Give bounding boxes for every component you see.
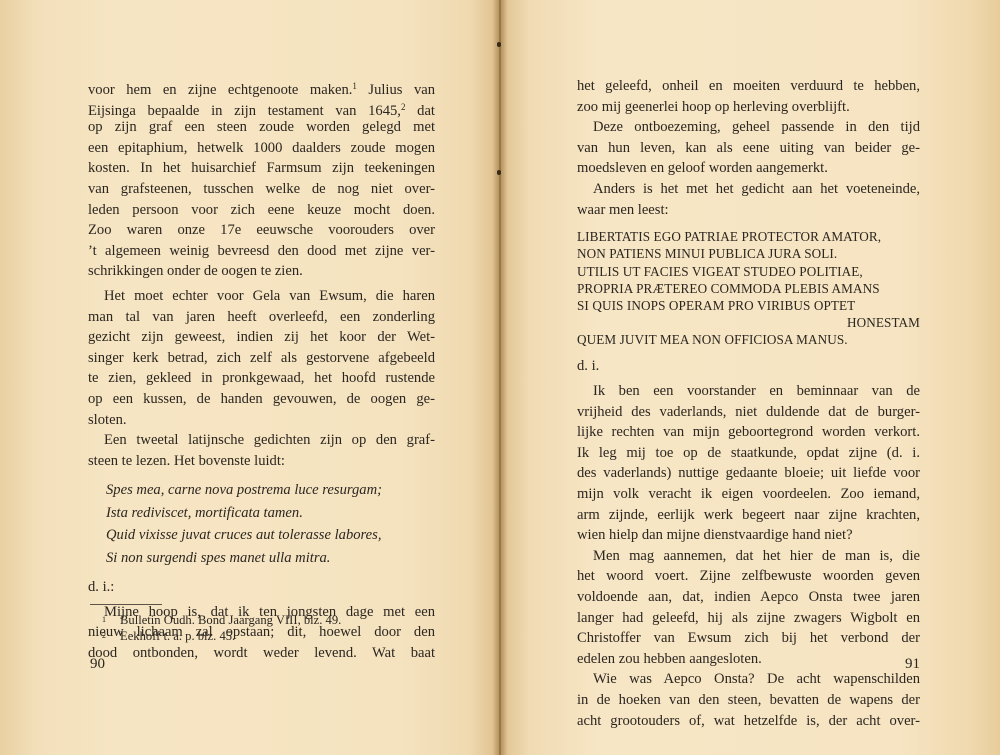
text-line: Het moet echter voor Gela van Ewsum, die… — [88, 286, 435, 307]
left-body-text: voor hem en zijne echtgenoote maken.1 Ju… — [88, 76, 435, 664]
text-line: moedsleven en geloof worden aangemerkt. — [577, 158, 920, 179]
text-line: des vaderlands) nuttige gedaante bloeie;… — [577, 463, 920, 484]
footnotes: 1Bulletin Oudh. Bond Jaargang VIII, blz.… — [88, 612, 435, 644]
footnote-ref[interactable]: 1 — [352, 81, 357, 91]
footnote-ref[interactable]: 2 — [401, 102, 406, 112]
text-line: zoo mij geenerlei hoop op herleving over… — [577, 97, 920, 118]
text-line: wien hielp dan mijne dienstvaardige hand… — [577, 525, 920, 546]
di-label: d. i.: — [88, 577, 435, 598]
verse-line: Ista rediviscet, mortificata tamen. — [88, 502, 435, 525]
binding-stitch — [497, 170, 501, 175]
inscription-line: QUEM JUVIT MEA NON OFFICIOSA MANUS. — [577, 331, 920, 348]
binding-stitch — [497, 42, 501, 47]
text-line: voldoende aan, dat, indien Aepco Onsta t… — [577, 587, 920, 608]
text-line: van hun leven, kan als eene uiting van b… — [577, 138, 920, 159]
text-line: sloten. — [88, 410, 435, 431]
text-line: waar men leest: — [577, 200, 920, 221]
inscription-line: NON PATIENS MINUI PUBLICA JURA SOLI. — [577, 245, 920, 262]
text-line: arm zijnde, eerlijk werk begeert naar zi… — [577, 505, 920, 526]
book-spread: voor hem en zijne echtgenoote maken.1 Ju… — [0, 0, 1000, 755]
text-line: dood ontbonden, wordt weder levend. Wat … — [88, 643, 435, 664]
page-number: 91 — [905, 656, 920, 673]
text-line: lijke rechten van mijn geboortegrond wor… — [577, 422, 920, 443]
text-line: kosten. In het huisarchief Farmsum zijn … — [88, 158, 435, 179]
inscription-line: SI QUIS INOPS OPERAM PRO VIRIBUS OPTET — [577, 297, 920, 314]
text-line: leden persoon voor zich eene keuze mocht… — [88, 200, 435, 221]
text-line: vrijheid des vaderlands, niet duldende d… — [577, 402, 920, 423]
right-page: het geleefd, onheil en moeiten verduurd … — [577, 0, 920, 755]
page-number: 90 — [90, 656, 105, 673]
text-line: te zien, gekleed in pronkgewaad, het hoo… — [88, 368, 435, 389]
text-line: Christoffer van Ewsum zich bij het verbo… — [577, 628, 920, 649]
text-line: van grafsteenen, tusschen welke de nog n… — [88, 179, 435, 200]
di-label: d. i. — [577, 356, 920, 377]
text-line: Eijsinga bepaalde in zijn testament van … — [88, 97, 435, 118]
text-line: Ik ben een voorstander en beminnaar van … — [577, 381, 920, 402]
text-line: op zijn graf een steen zoude worden gele… — [88, 117, 435, 138]
verse-line: Si non surgendi spes manet ulla mitra. — [88, 547, 435, 570]
text-line: Deze ontboezeming, geheel passende in de… — [577, 117, 920, 138]
inscription-line: PROPRIA PRÆTEREO COMMODA PLEBIS AMANS — [577, 280, 920, 297]
text-line: Anders is het met het gedicht aan het vo… — [577, 179, 920, 200]
text-line: mijn volk veracht ik eigen voordeelen. Z… — [577, 484, 920, 505]
inscription-line: LIBERTATIS EGO PATRIAE PROTECTOR AMATOR, — [577, 228, 920, 245]
footnote: 2Eekhoff t. a. p. blz. 45. — [88, 628, 435, 644]
text-line: het woord voert. Zijne zelfbewuste woord… — [577, 566, 920, 587]
text-line: schrikkingen onder de oogen te zien. — [88, 261, 435, 282]
text-line: Een tweetal latijnsche gedichten zijn op… — [88, 430, 435, 451]
text-line: op een kussen, de handen gevouwen, de oo… — [88, 389, 435, 410]
left-page: voor hem en zijne echtgenoote maken.1 Ju… — [88, 0, 435, 755]
text-line: Zoo waren onze 17e eeuwsche voorouders o… — [88, 220, 435, 241]
text-line: Men mag aannemen, dat het hier de man is… — [577, 546, 920, 567]
text-line: in de hoeken van den steen, bevatten de … — [577, 690, 920, 711]
text-line: edelen zou hebben aangesloten. — [577, 649, 920, 670]
text-line: steen te lezen. Het bovenste luidt: — [88, 451, 435, 472]
footnote: 1Bulletin Oudh. Bond Jaargang VIII, blz.… — [88, 612, 435, 628]
text-line: man tal van jaren heeft overleefd, een z… — [88, 307, 435, 328]
text-line: langer had geleefd, hij als zijne zwager… — [577, 608, 920, 629]
footnote-rule — [90, 604, 162, 605]
text-line: het geleefd, onheil en moeiten verduurd … — [577, 76, 920, 97]
verse-line: Quid vixisse juvat cruces aut tolerasse … — [88, 524, 435, 547]
text-line: ’t algemeen weinig bevreesd den dood met… — [88, 241, 435, 262]
text-line: voor hem en zijne echtgenoote maken.1 Ju… — [88, 76, 435, 97]
text-line: gezicht zijn geweest, indien zij het koo… — [88, 327, 435, 348]
text-line: een epitaphium, hetwelk 1000 daalders zo… — [88, 138, 435, 159]
text-line: Wie was Aepco Onsta? De acht wapenschild… — [577, 669, 920, 690]
text-line: singer kerk betrad, zich zelf als gestor… — [88, 348, 435, 369]
text-line: acht grootouders of, wat hetzelfde is, d… — [577, 711, 920, 732]
inscription-line: HONESTAM — [577, 314, 920, 331]
verse-line: Spes mea, carne nova postrema luce resur… — [88, 479, 435, 502]
inscription-line: UTILIS UT FACIES VIGEAT STUDEO POLITIAE, — [577, 263, 920, 280]
text-line: Ik leg mij toe op de staatkunde, opdat z… — [577, 443, 920, 464]
right-body-text: het geleefd, onheil en moeiten verduurd … — [577, 76, 920, 731]
